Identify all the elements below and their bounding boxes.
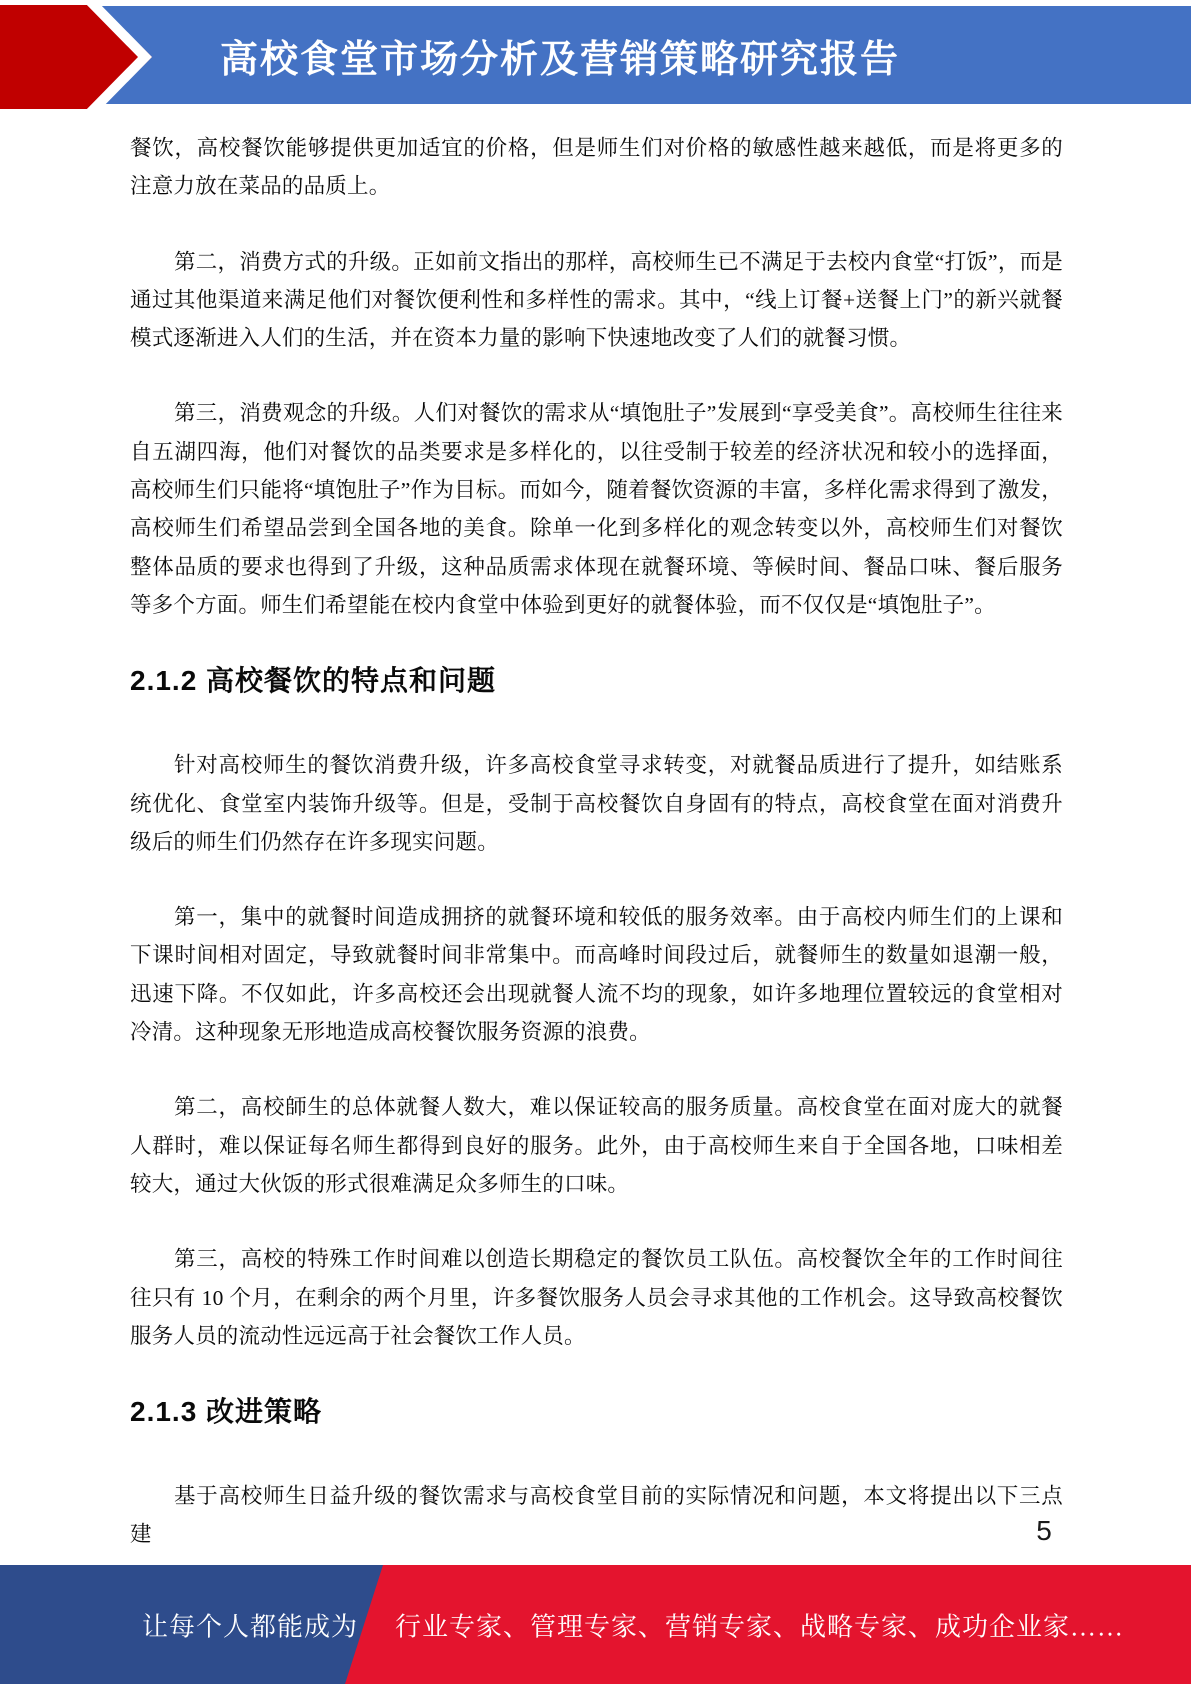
document-body: 餐饮，高校餐饮能够提供更加适宜的价格，但是师生们对价格的敏感性越来越低，而是将更… [130, 129, 1063, 1591]
body-paragraph: 基于高校师生日益升级的餐饮需求与高校食堂目前的实际情况和问题，本文将提出以下三点… [130, 1477, 1063, 1554]
page-number: 5 [1026, 1516, 1062, 1546]
body-paragraph: 针对高校师生的餐饮消费升级，许多高校食堂寻求转变，对就餐品质进行了提升，如结账系… [130, 746, 1063, 861]
body-paragraph: 餐饮，高校餐饮能够提供更加适宜的价格，但是师生们对价格的敏感性越来越低，而是将更… [130, 129, 1063, 206]
section-heading-2-1-3: 2.1.3 改进策略 [130, 1392, 1063, 1432]
section-heading-2-1-2: 2.1.2 高校餐饮的特点和问题 [130, 661, 1063, 701]
report-title: 高校食堂市场分析及营销策略研究报告 [70, 6, 1191, 104]
footer-slogan-left: 让每个人都能成为 [142, 1606, 358, 1643]
body-paragraph: 第三，高校的特殊工作时间难以创造长期稳定的餐饮员工队伍。高校餐饮全年的工作时间往… [130, 1240, 1063, 1355]
body-paragraph: 第三，消费观念的升级。人们对餐饮的需求从“填饱肚子”发展到“享受美食”。高校师生… [130, 394, 1063, 624]
page-footer: 让每个人都能成为 行业专家、管理专家、营销专家、战略专家、成功企业家…… [0, 1565, 1191, 1684]
page-header-banner: 高校食堂市场分析及营销策略研究报告 [0, 0, 1191, 118]
footer-slogan-right: 行业专家、管理专家、营销专家、战略专家、成功企业家…… [395, 1606, 1124, 1643]
body-paragraph: 第二，高校師生的总体就餐人数大，难以保证较高的服务质量。高校食堂在面对庞大的就餐… [130, 1088, 1063, 1203]
body-paragraph: 第一，集中的就餐时间造成拥挤的就餐环境和较低的服务效率。由于高校内师生们的上课和… [130, 898, 1063, 1051]
body-paragraph: 第二，消费方式的升级。正如前文指出的那样，高校师生已不满足于去校内食堂“打饭”，… [130, 243, 1063, 358]
